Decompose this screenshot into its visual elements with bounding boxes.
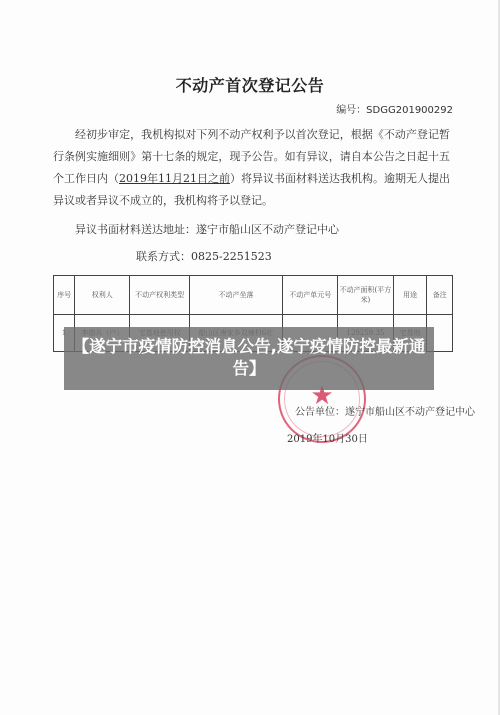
deadline-date: 2019年11月21日之前 <box>119 172 230 185</box>
header-area: 不动产面积(平方米) <box>338 276 393 315</box>
objection-address: 异议书面材料送达地址：遂宁市船山区不动产登记中心 <box>75 221 339 237</box>
table-header-row: 序号 权利人 不动产权利类型 不动产坐落 不动产单元号 不动产面积(平方米) 用… <box>54 276 453 315</box>
header-location: 不动产坐落 <box>189 276 282 315</box>
issuing-unit: 公告单位：遂宁市船山区不动产登记中心 <box>295 403 475 418</box>
announcement-body: 经初步审定，我机构拟对下列不动产权利予以首次登记，根据《不动产登记暂行条例实施细… <box>53 124 450 212</box>
header-unit-number: 不动产单元号 <box>283 276 338 315</box>
header-usage: 用途 <box>393 276 427 315</box>
document-title: 不动产首次登记公告 <box>0 73 500 96</box>
document-number: 编号：SDGG201900292 <box>336 101 453 116</box>
header-owner: 权利人 <box>75 276 130 315</box>
issue-date: 2019年10月30日 <box>287 430 368 445</box>
headline-banner: 【遂宁市疫情防控消息公告,遂宁疫情防控最新通告】 <box>64 327 434 390</box>
header-index: 序号 <box>54 276 75 315</box>
contact-phone: 联系方式：0825-2251523 <box>136 248 272 264</box>
header-remarks: 备注 <box>427 276 453 315</box>
header-right-type: 不动产权利类型 <box>130 276 189 315</box>
